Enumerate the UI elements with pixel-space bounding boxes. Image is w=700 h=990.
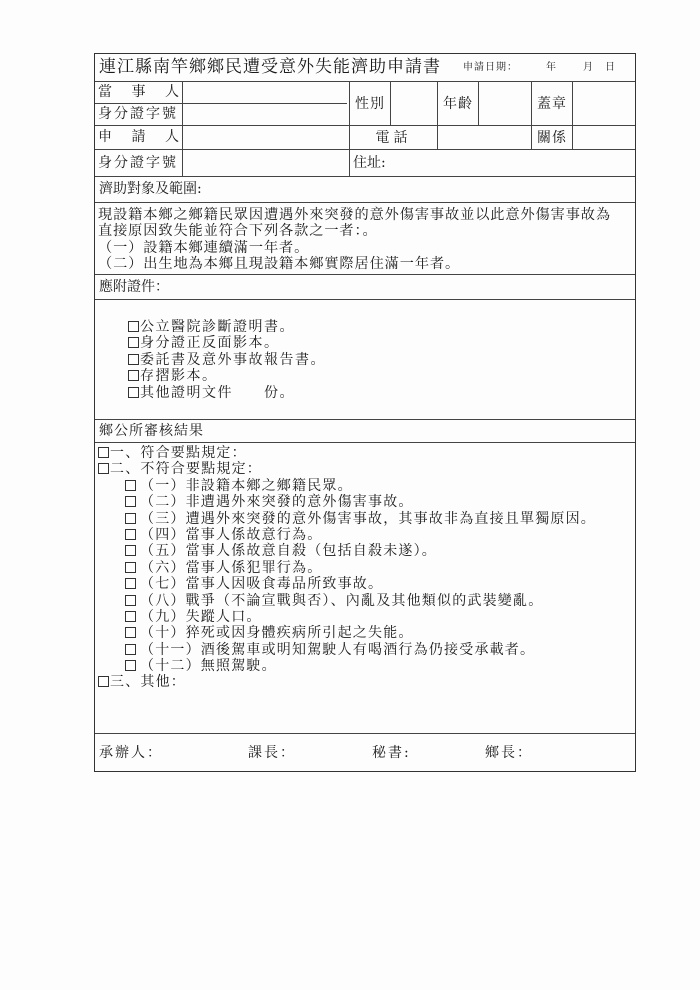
review-option-other[interactable]: 三、其他： xyxy=(98,674,596,690)
checkbox[interactable] xyxy=(125,660,136,671)
reason-label: （十）猝死或因身體疾病所引起之失能。 xyxy=(140,625,414,641)
review-option-label: 二、不符合要點規定： xyxy=(110,461,262,477)
phone-label: 電話 xyxy=(350,126,437,149)
applicant-label: 申 請 人 xyxy=(95,125,182,149)
gender-label: 性別 xyxy=(350,82,390,125)
reason-label: （十一）酒後駕車或明知駕駛人有喝酒行為仍接受承載者。 xyxy=(140,642,535,658)
checkbox[interactable] xyxy=(125,578,136,589)
checkbox[interactable] xyxy=(128,387,139,398)
applicant-label-char: 請 xyxy=(132,130,146,144)
applicant-id-field[interactable] xyxy=(183,150,349,176)
review-other-label: 三、其他： xyxy=(110,674,186,690)
attachment-label: 身分證正反面影本。 xyxy=(140,335,280,351)
attachment-item[interactable]: 委託書及意外事故報告書。 xyxy=(128,352,326,368)
review-heading: 鄉公所審核結果 xyxy=(99,419,629,442)
review-option[interactable]: 一、符合要點規定： xyxy=(98,445,596,461)
attachment-item[interactable]: 存摺影本。 xyxy=(128,368,326,384)
party-label-char: 人 xyxy=(165,85,179,99)
address-field[interactable] xyxy=(395,150,635,176)
signature-secretary: 秘書: xyxy=(372,742,411,762)
applicant-name-field[interactable] xyxy=(183,126,349,149)
reason-label: （一）非設籍本鄉之鄉籍民眾。 xyxy=(140,478,353,494)
reasons-list: （一）非設籍本鄉之鄉籍民眾。 （二）非遭遇外來突發的意外傷害事故。 （三）遭遇外… xyxy=(98,478,596,675)
checkbox[interactable] xyxy=(128,337,139,348)
eligibility-line: （二）出生地為本鄉且現設籍本鄉實際居住滿一年者。 xyxy=(98,256,611,272)
party-label-char: 事 xyxy=(132,85,146,99)
reason-item[interactable]: （八）戰爭（不論宣戰與否）、內亂及其他類似的武裝變亂。 xyxy=(125,593,596,609)
applicant-label-char: 人 xyxy=(165,130,179,144)
reason-item[interactable]: （十二）無照駕駛。 xyxy=(125,658,596,674)
checkbox[interactable] xyxy=(128,321,139,332)
party-id-label: 身分證字號 xyxy=(95,103,182,125)
reason-label: （六）當事人係犯罪行為。 xyxy=(140,560,322,576)
checkbox[interactable] xyxy=(125,627,136,638)
reason-label: （七）當事人因吸食毒品所致事故。 xyxy=(140,576,383,592)
attachments-list: 公立醫院診斷證明書。 身分證正反面影本。 委託書及意外事故報告書。 存摺影本。 … xyxy=(128,319,326,401)
reason-label: （四）當事人係故意行為。 xyxy=(140,527,322,543)
reason-label: （二）非遭遇外來突發的意外傷害事故。 xyxy=(140,494,414,510)
applicant-label-char: 申 xyxy=(98,130,112,144)
attachment-label: 其他證明文件 份。 xyxy=(140,385,295,401)
signature-section-chief: 課長： xyxy=(248,742,296,762)
signature-handler: 承辦人： xyxy=(99,742,163,762)
eligibility-line: 現設籍本鄉之鄉籍民眾因遭遇外來突發的意外傷害事故並以此意外傷害事故為 xyxy=(98,207,611,223)
date-label: 申請日期： xyxy=(463,54,543,81)
checkbox[interactable] xyxy=(125,644,136,655)
attachments-heading: 應附證件： xyxy=(99,274,629,299)
seal-field[interactable] xyxy=(573,82,635,125)
reason-item[interactable]: （十一）酒後駕車或明知駕駛人有喝酒行為仍接受承載者。 xyxy=(125,642,596,658)
reason-label: （十二）無照駕駛。 xyxy=(140,658,277,674)
review-option[interactable]: 二、不符合要點規定： xyxy=(98,461,596,477)
gender-field[interactable] xyxy=(391,82,437,125)
checkbox[interactable] xyxy=(125,513,136,524)
reason-item[interactable]: （一）非設籍本鄉之鄉籍民眾。 xyxy=(125,478,596,494)
application-form: 連江縣南竿鄉鄉民遭受意外失能濟助申請書 申請日期： 年 月 日 當 事 人 身分… xyxy=(94,53,636,772)
party-label-char: 當 xyxy=(98,85,112,99)
checkbox[interactable] xyxy=(125,545,136,556)
checkbox[interactable] xyxy=(125,595,136,606)
reason-item[interactable]: （四）當事人係故意行為。 xyxy=(125,527,596,543)
checkbox[interactable] xyxy=(125,480,136,491)
date-month[interactable]: 月 xyxy=(583,54,603,81)
eligibility-line: 直接原因致失能並符合下列各款之一者：。 xyxy=(98,223,611,239)
relation-label: 關係 xyxy=(532,126,572,149)
checkbox[interactable] xyxy=(125,529,136,540)
attachment-item[interactable]: 公立醫院診斷證明書。 xyxy=(128,319,326,335)
form-title: 連江縣南竿鄉鄉民遭受意外失能濟助申請書 xyxy=(99,54,469,81)
checkbox[interactable] xyxy=(128,354,139,365)
review-list: 一、符合要點規定： 二、不符合要點規定： （一）非設籍本鄉之鄉籍民眾。 （二）非… xyxy=(98,445,596,691)
reason-item[interactable]: （五）當事人係故意自殺（包括自殺未遂）。 xyxy=(125,543,596,559)
party-name-field[interactable] xyxy=(183,82,349,103)
age-field[interactable] xyxy=(479,82,531,125)
attachment-item[interactable]: 其他證明文件 份。 xyxy=(128,385,326,401)
attachment-label: 公立醫院診斷證明書。 xyxy=(140,319,295,335)
checkbox[interactable] xyxy=(125,562,136,573)
reason-label: （八）戰爭（不論宣戰與否）、內亂及其他類似的武裝變亂。 xyxy=(140,593,543,609)
applicant-id-label: 身分證字號 xyxy=(95,149,182,176)
reason-item[interactable]: （三）遭遇外來突發的意外傷害事故，其事故非為直接且單獨原因。 xyxy=(125,511,596,527)
eligibility-line: （一）設籍本鄉連續滿一年者。 xyxy=(98,240,611,256)
reason-label: （三）遭遇外來突發的意外傷害事故，其事故非為直接且單獨原因。 xyxy=(140,511,596,527)
attachment-label: 存摺影本。 xyxy=(140,368,218,384)
checkbox[interactable] xyxy=(125,496,136,507)
checkbox[interactable] xyxy=(98,676,109,687)
date-day[interactable]: 日 xyxy=(605,54,625,81)
date-year[interactable]: 年 xyxy=(546,54,566,81)
checkbox[interactable] xyxy=(125,611,136,622)
party-label: 當 事 人 xyxy=(95,81,182,103)
eligibility-body: 現設籍本鄉之鄉籍民眾因遭遇外來突發的意外傷害事故並以此意外傷害事故為 直接原因致… xyxy=(98,207,611,273)
review-option-label: 一、符合要點規定： xyxy=(110,445,247,461)
eligibility-heading: 濟助對象及範圍: xyxy=(99,176,629,202)
seal-label: 蓋章 xyxy=(532,82,572,125)
reason-item[interactable]: （十）猝死或因身體疾病所引起之失能。 xyxy=(125,625,596,641)
relation-field[interactable] xyxy=(573,126,635,149)
checkbox[interactable] xyxy=(98,463,109,474)
party-id-field[interactable] xyxy=(183,104,349,125)
attachment-item[interactable]: 身分證正反面影本。 xyxy=(128,335,326,351)
phone-field[interactable] xyxy=(438,126,531,149)
reason-item[interactable]: （六）當事人係犯罪行為。 xyxy=(125,560,596,576)
signature-mayor: 鄉長： xyxy=(485,742,533,762)
checkbox[interactable] xyxy=(128,370,139,381)
reason-item[interactable]: （二）非遭遇外來突發的意外傷害事故。 xyxy=(125,494,596,510)
reason-label: （五）當事人係故意自殺（包括自殺未遂）。 xyxy=(140,543,437,559)
age-label: 年齡 xyxy=(438,82,478,125)
checkbox[interactable] xyxy=(98,447,109,458)
reason-item[interactable]: （九）失蹤人口。 xyxy=(125,609,596,625)
attachment-label: 委託書及意外事故報告書。 xyxy=(140,352,326,368)
reason-label: （九）失蹤人口。 xyxy=(140,609,262,625)
reason-item[interactable]: （七）當事人因吸食毒品所致事故。 xyxy=(125,576,596,592)
